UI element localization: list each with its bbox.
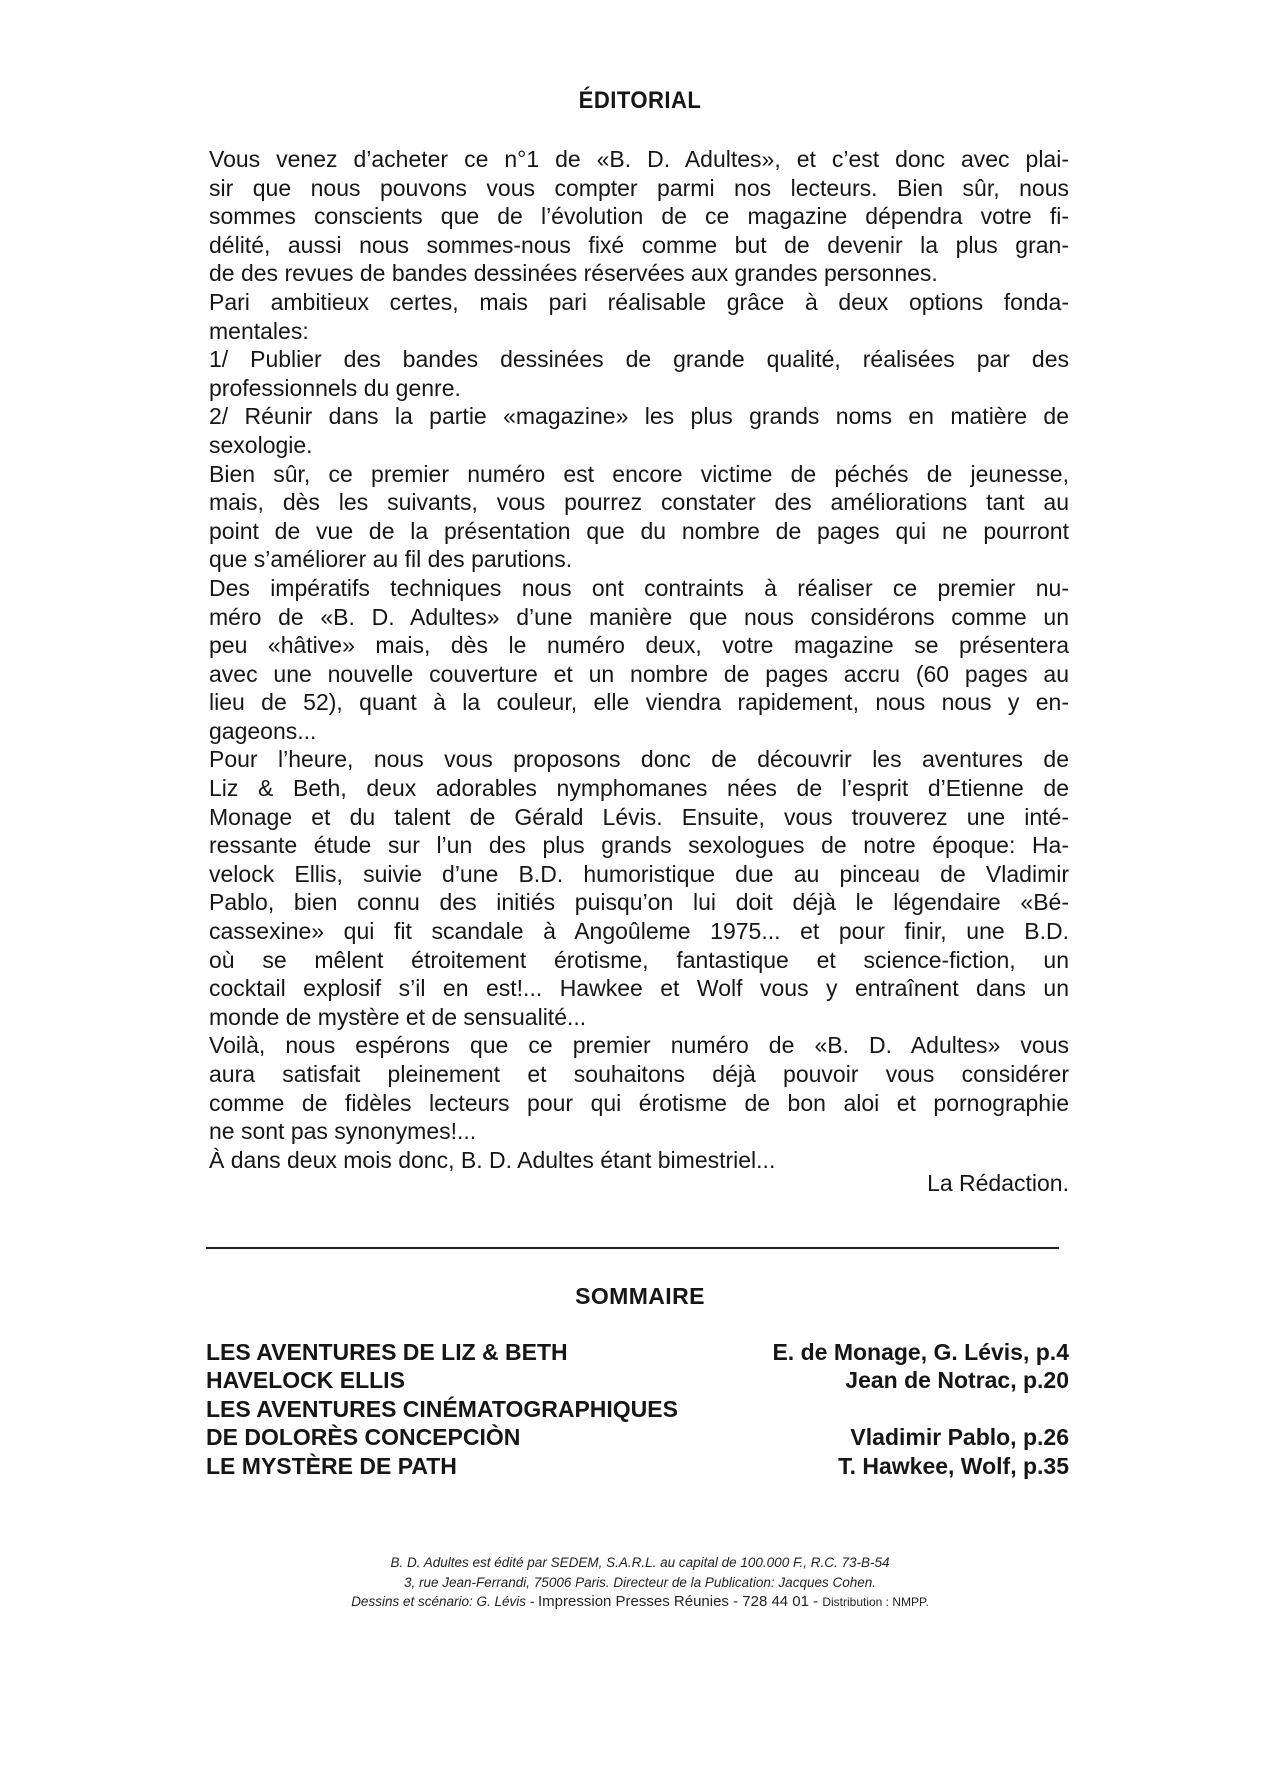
editorial-line: sommes conscients que de l’évolution de … (209, 202, 1069, 231)
editorial-line: ressante étude sur l’un des plus grands … (209, 831, 1069, 860)
editorial-line: Pari ambitieux certes, mais pari réalisa… (209, 288, 1069, 317)
editorial-line: que s’améliorer au fil des parutions. (209, 545, 1069, 574)
editorial-line: professionnels du genre. (209, 374, 1069, 403)
editorial-line: peu «hâtive» mais, dès le numéro deux, v… (209, 631, 1069, 660)
editorial-line: monde de mystère et de sensualité... (209, 1003, 1069, 1032)
toc-work-title: DE DOLORÈS CONCEPCIÒN (206, 1423, 520, 1451)
toc-entry: LES AVENTURES DE LIZ & BETH E. de Monage… (206, 1338, 1069, 1366)
editorial-body: Vous venez d’acheter ce n°1 de «B. D. Ad… (209, 145, 1069, 1174)
table-of-contents: LES AVENTURES DE LIZ & BETH E. de Monage… (206, 1338, 1069, 1480)
editorial-line: gageons... (209, 717, 1069, 746)
editorial-line: sexologie. (209, 431, 1069, 460)
editorial-line: ne sont pas synonymes!... (209, 1117, 1069, 1146)
sommaire-title: SOMMAIRE (0, 1283, 1280, 1310)
editorial-line: 2/ Réunir dans la partie «magazine» les … (209, 402, 1069, 431)
editorial-line: 1/ Publier des bandes dessinées de grand… (209, 345, 1069, 374)
toc-author-page: E. de Monage, G. Lévis, p.4 (772, 1338, 1069, 1366)
toc-entry: LE MYSTÈRE DE PATH T. Hawkee, Wolf, p.35 (206, 1452, 1069, 1480)
colophon-distribution: Distribution : NMPP. (822, 1595, 928, 1609)
editorial-line: où se mêlent étroitement érotisme, fanta… (209, 946, 1069, 975)
toc-work-title: LES AVENTURES DE LIZ & BETH (206, 1338, 568, 1366)
toc-work-title: LE MYSTÈRE DE PATH (206, 1452, 457, 1480)
editorial-line: cocktail explosif s’il en est!... Hawkee… (209, 974, 1069, 1003)
editorial-line: Pour l’heure, nous vous proposons donc d… (209, 745, 1069, 774)
colophon-line-address: 3, rue Jean-Ferrandi, 75006 Paris. Direc… (0, 1573, 1280, 1593)
editorial-signature: La Rédaction. (209, 1170, 1069, 1197)
editorial-line: Liz & Beth, deux adorables nymphomanes n… (209, 774, 1069, 803)
toc-work-title: HAVELOCK ELLIS (206, 1366, 405, 1394)
colophon-line-publisher: B. D. Adultes est édité par SEDEM, S.A.R… (0, 1553, 1280, 1573)
editorial-line: délité, aussi nous sommes-nous fixé comm… (209, 231, 1069, 260)
editorial-line: lieu de 52), quant à la couleur, elle vi… (209, 688, 1069, 717)
editorial-line: mais, dès les suivants, vous pourrez con… (209, 488, 1069, 517)
section-divider (206, 1247, 1059, 1249)
editorial-line: Voilà, nous espérons que ce premier numé… (209, 1031, 1069, 1060)
editorial-line: avec une nouvelle couverture et un nombr… (209, 660, 1069, 689)
editorial-title: ÉDITORIAL (51, 87, 1229, 115)
editorial-line: Bien sûr, ce premier numéro est encore v… (209, 460, 1069, 489)
colophon-line-credits: Dessins et scénario: G. Lévis - Impressi… (0, 1592, 1280, 1613)
editorial-line: de des revues de bandes dessinées réserv… (209, 259, 1069, 288)
colophon: B. D. Adultes est édité par SEDEM, S.A.R… (0, 1553, 1280, 1613)
editorial-line: sir que nous pouvons vous compter parmi … (209, 174, 1069, 203)
toc-author-page: Jean de Notrac, p.20 (845, 1366, 1069, 1394)
toc-entry: LES AVENTURES CINÉMATOGRAPHIQUES (206, 1395, 1069, 1423)
editorial-line: comme de fidèles lecteurs pour qui éroti… (209, 1089, 1069, 1118)
toc-entry: HAVELOCK ELLIS Jean de Notrac, p.20 (206, 1366, 1069, 1394)
editorial-line: cassexine» qui fit scandale à Angoûleme … (209, 917, 1069, 946)
editorial-line: Vous venez d’acheter ce n°1 de «B. D. Ad… (209, 145, 1069, 174)
editorial-line: méro de «B. D. Adultes» d’une manière qu… (209, 603, 1069, 632)
editorial-line: velock Ellis, suivie d’une B.D. humorist… (209, 860, 1069, 889)
colophon-printer: Impression Presses Réunies - 728 44 01 - (538, 1593, 822, 1610)
toc-author-page: T. Hawkee, Wolf, p.35 (838, 1452, 1069, 1480)
toc-entry: DE DOLORÈS CONCEPCIÒN Vladimir Pablo, p.… (206, 1423, 1069, 1451)
editorial-line: aura satisfait pleinement et souhaitons … (209, 1060, 1069, 1089)
magazine-page: ÉDITORIAL Vous venez d’acheter ce n°1 de… (0, 0, 1280, 1772)
toc-work-title: LES AVENTURES CINÉMATOGRAPHIQUES (206, 1395, 678, 1423)
editorial-line: point de vue de la présentation que du n… (209, 517, 1069, 546)
editorial-line: Des impératifs techniques nous ont contr… (209, 574, 1069, 603)
editorial-line: Monage et du talent de Gérald Lévis. Ens… (209, 803, 1069, 832)
editorial-line: Pablo, bien connu des initiés puisqu’on … (209, 888, 1069, 917)
editorial-line: mentales: (209, 317, 1069, 346)
toc-author-page: Vladimir Pablo, p.26 (850, 1423, 1069, 1451)
colophon-credits-italic: Dessins et scénario: G. Lévis - (351, 1594, 538, 1609)
